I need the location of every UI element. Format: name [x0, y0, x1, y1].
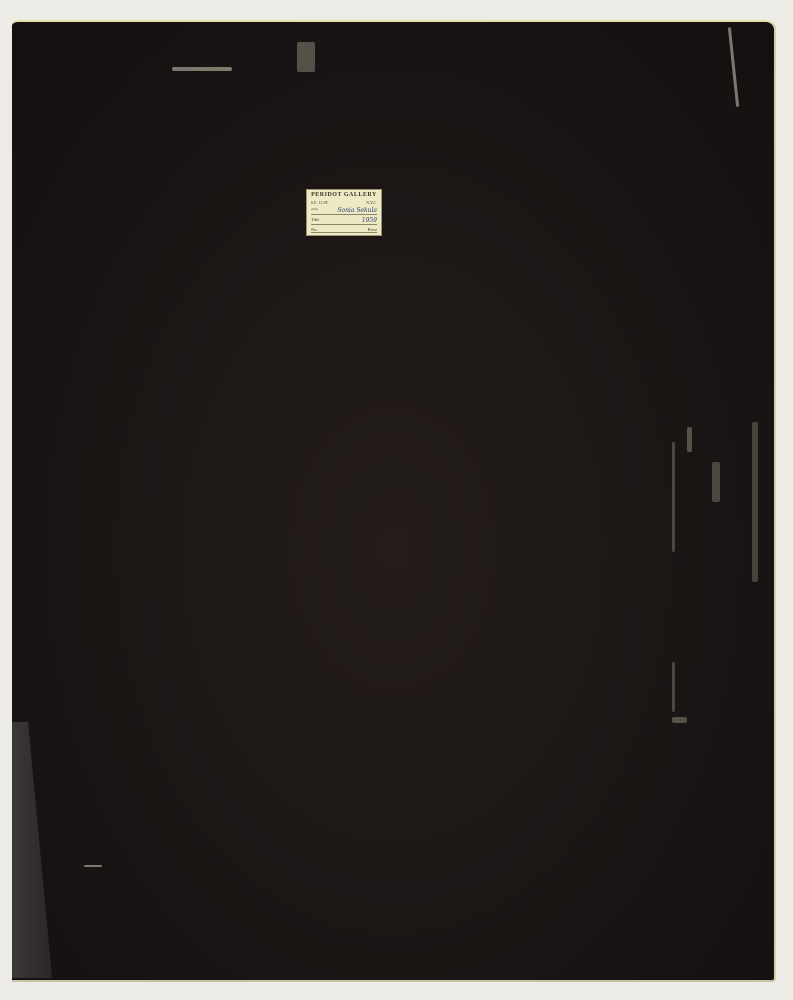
title-prefix: Title [311, 217, 319, 224]
black-board [12, 20, 776, 982]
artist-prefix: Artist [311, 207, 318, 214]
scuff-mark [297, 42, 315, 72]
artist-name: Sonia Sekula [337, 207, 377, 214]
scuff-mark [672, 662, 675, 712]
scuff-mark [672, 442, 675, 552]
scuff-mark [712, 462, 720, 502]
scuff-mark [172, 67, 232, 71]
year: 1959 [362, 217, 377, 224]
gallery-label: PERIDOT GALLERY 6 E. 12 ST. N.Y.C. Artis… [306, 189, 382, 236]
artist-line: Artist Sonia Sekula [311, 207, 377, 215]
price-prefix: Price [368, 227, 377, 232]
gallery-name: PERIDOT GALLERY [311, 192, 377, 198]
title-line: Title 1959 [311, 217, 377, 225]
gallery-city: N.Y.C. [366, 200, 377, 205]
number-price-line: No. Price [311, 227, 377, 233]
scuff-mark [728, 27, 739, 107]
scuff-mark [672, 717, 687, 723]
scuff-mark [84, 865, 102, 867]
gallery-address-row: 6 E. 12 ST. N.Y.C. [311, 200, 377, 205]
number-prefix: No. [311, 227, 318, 232]
scuff-mark [752, 422, 758, 582]
gallery-address: 6 E. 12 ST. [311, 200, 329, 205]
worn-left-edge [12, 722, 52, 978]
scuff-mark [687, 427, 692, 452]
